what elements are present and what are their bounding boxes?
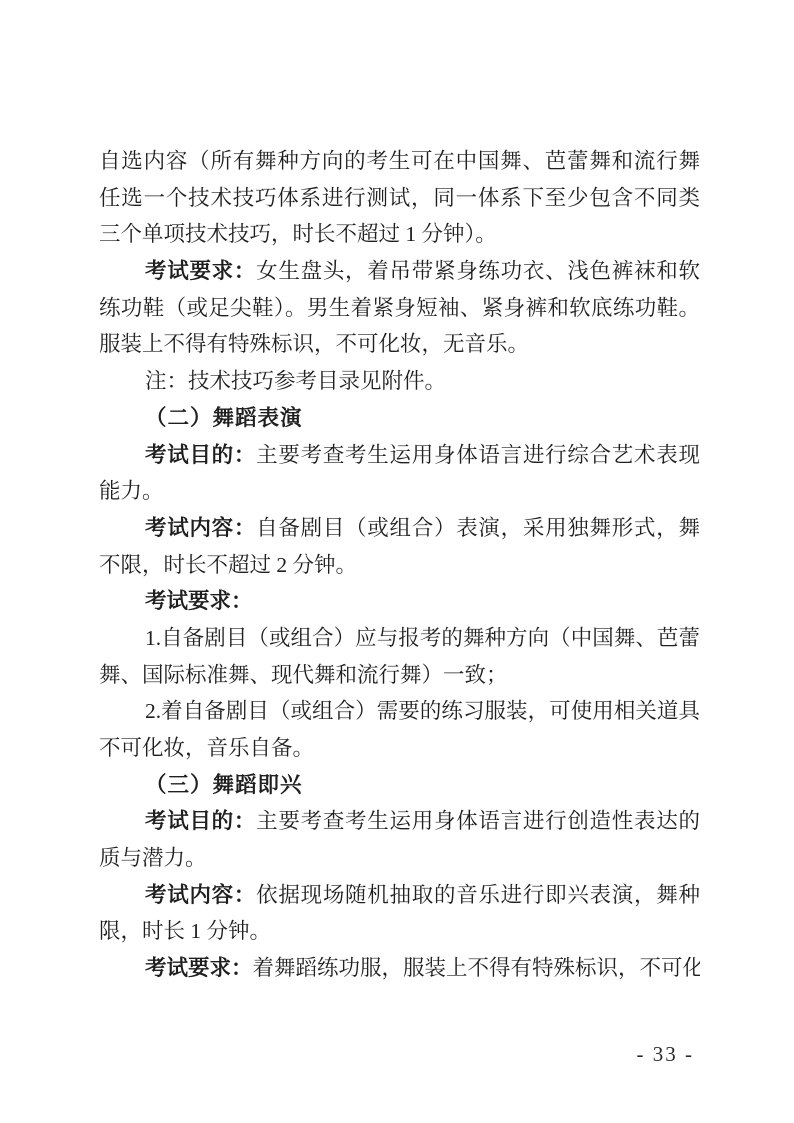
- line-text: 自选内容（所有舞种方向的考生可在中国舞、芭蕾舞和流行舞中: [99, 149, 700, 180]
- line-text: 服装上不得有特殊标识，不可化妆，无音乐。: [99, 332, 529, 356]
- text-line: 自选内容（所有舞种方向的考生可在中国舞、芭蕾舞和流行舞中: [99, 143, 700, 180]
- line-text: 注：技术技巧参考目录见附件。: [145, 369, 446, 393]
- text-line: 任选一个技术技巧体系进行测试，同一体系下至少包含不同类的: [99, 180, 700, 217]
- bold-label: 考试要求：: [145, 589, 253, 613]
- document-page: 自选内容（所有舞种方向的考生可在中国舞、芭蕾舞和流行舞中任选一个技术技巧体系进行…: [0, 0, 794, 1123]
- text-line: 1.自备剧目（或组合）应与报考的舞种方向（中国舞、芭蕾: [99, 620, 700, 657]
- page-number: - 33 -: [637, 1042, 695, 1067]
- text-line: 注：技术技巧参考目录见附件。: [99, 363, 700, 400]
- text-line: 考试目的：主要考查考生运用身体语言进行创造性表达的素: [99, 803, 700, 840]
- text-line: 舞、国际标准舞、现代舞和流行舞）一致；: [99, 657, 700, 694]
- line-text: 限，时长 1 分钟。: [99, 919, 271, 943]
- line-text: 着舞蹈练功服，服装上不得有特殊标识，不可化妆。: [253, 956, 700, 980]
- line-text: 练功鞋（或足尖鞋）。男生着紧身短袖、紧身裤和软底练功鞋。: [99, 296, 700, 320]
- line-text: 质与潜力。: [99, 846, 207, 870]
- bold-label: 考试内容：: [145, 883, 256, 907]
- line-text: 舞、国际标准舞、现代舞和流行舞）一致；: [99, 663, 508, 687]
- text-line: 考试目的：主要考查考生运用身体语言进行综合艺术表现的: [99, 437, 700, 474]
- text-line: 2.着自备剧目（或组合）需要的练习服装，可使用相关道具: [99, 693, 700, 730]
- bold-label: 考试目的：: [145, 809, 256, 833]
- section-heading: （二）舞蹈表演: [99, 400, 700, 437]
- bold-label: 考试内容：: [145, 516, 256, 540]
- text-line: 限，时长 1 分钟。: [99, 913, 700, 950]
- bold-label: 考试要求：: [145, 956, 253, 980]
- section-heading: （三）舞蹈即兴: [99, 767, 700, 804]
- line-text: 2.着自备剧目（或组合）需要的练习服装，可使用相关道具: [145, 699, 700, 723]
- line-text: 不限，时长不超过 2 分钟。: [99, 553, 357, 577]
- text-line: 考试内容：依据现场随机抽取的音乐进行即兴表演，舞种不: [99, 877, 700, 914]
- text-line: 不限，时长不超过 2 分钟。: [99, 547, 700, 584]
- text-line: 考试内容：自备剧目（或组合）表演，采用独舞形式，舞种: [99, 510, 700, 547]
- text-line: 三个单项技术技巧，时长不超过 1 分钟）。: [99, 216, 700, 253]
- text-line: 不可化妆，音乐自备。: [99, 730, 700, 767]
- bold-label: （三）舞蹈即兴: [145, 773, 303, 797]
- line-text: 不可化妆，音乐自备。: [99, 736, 314, 760]
- text-line: 考试要求：着舞蹈练功服，服装上不得有特殊标识，不可化妆。: [99, 950, 700, 987]
- document-body: 自选内容（所有舞种方向的考生可在中国舞、芭蕾舞和流行舞中任选一个技术技巧体系进行…: [99, 143, 700, 987]
- bold-label: （二）舞蹈表演: [145, 406, 303, 430]
- bold-label: 考试目的：: [145, 443, 256, 467]
- text-line: 能力。: [99, 473, 700, 510]
- line-text: 1.自备剧目（或组合）应与报考的舞种方向（中国舞、芭蕾: [145, 626, 700, 650]
- text-line: 练功鞋（或足尖鞋）。男生着紧身短袖、紧身裤和软底练功鞋。: [99, 290, 700, 327]
- text-line: 质与潜力。: [99, 840, 700, 877]
- line-text: 三个单项技术技巧，时长不超过 1 分钟）。: [99, 222, 497, 246]
- text-line: 考试要求：: [99, 583, 700, 620]
- bold-label: 考试要求：: [145, 259, 256, 283]
- text-line: 考试要求：女生盘头，着吊带紧身练功衣、浅色裤袜和软底: [99, 253, 700, 290]
- text-line: 服装上不得有特殊标识，不可化妆，无音乐。: [99, 326, 700, 363]
- line-text: 任选一个技术技巧体系进行测试，同一体系下至少包含不同类的: [99, 186, 700, 217]
- line-text: 能力。: [99, 479, 164, 503]
